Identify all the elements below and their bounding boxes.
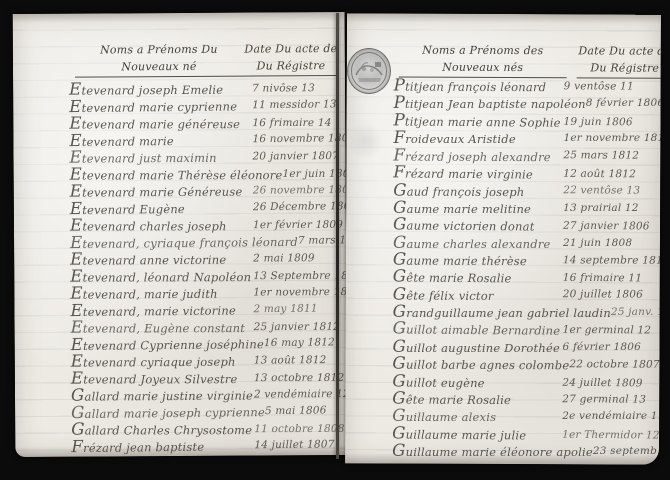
right-page-entries: Ptitjean françois léonard 9 ventôse 11 P… [345,76,661,460]
entry-date: 1er Thermidor 12 [562,428,659,441]
register-row: Gaume charles alexandre 21 juin 1808 [346,234,660,251]
entry-name: Guillot barbe agnes colombe [392,354,569,374]
register-row: Gête félix victor 20 juillet 1806 [346,285,660,304]
entry-date: 25 janvier 1812 [254,320,347,332]
left-dates-header-line2: Du Régistre [243,57,339,77]
entry-date: 1er novembre 1811 [563,132,660,144]
page-fold-gutter [336,13,339,459]
right-page-header: Noms a Prénoms des Nouveaux nés Date Du … [347,13,661,78]
entry-date: 12 août 1812 [563,167,660,180]
entry-date: 26 Décembre 1807 [253,200,346,213]
entry-date: 27 germinal 13 [562,393,659,405]
register-row: Guillaume marie éléonore apolie 23 septe… [345,442,659,459]
register-page-left: Noms a Prénoms Du Nouveaux né Date Du ac… [13,12,348,457]
right-names-header-line1: Noms a Prénoms des [399,42,567,60]
entry-date: 16 frimaire 11 [563,272,660,285]
register-row: Guillot barbe agnes colombe 22 octobre 1… [345,355,659,374]
entry-date: 21 juin 1808 [563,236,660,248]
left-dates-header-line1: Date Du acte de [243,40,339,58]
entry-date: 13 août 1812 [254,353,347,366]
entry-name: Gaume victorien donat [393,215,563,235]
entry-date: 20 juillet 1806 [563,289,660,301]
entry-date: 16 novembre 1806 [252,132,345,145]
register-page-right: Noms a Prénoms des Nouveaux nés Date Du … [345,13,661,464]
entry-date: 11 messidor 13 [252,98,345,111]
entry-date: 26 novembre 1807 [253,183,346,196]
entry-date: 13 Septembre 1810 [253,269,346,281]
entry-date: 24 juillet 1809 [562,376,659,389]
register-row: Etevenard just maximin 20 janvier 1807 [13,147,345,166]
entry-date: 22 ventôse 13 [563,184,660,196]
entry-date: 16 frimaire 14 [252,116,345,128]
entry-date: 8 février 1806 [586,97,661,109]
left-names-header-line1: Noms a Prénoms Du [75,41,243,59]
entry-date: 5 mai 1806 [265,404,348,417]
register-row: Frézard jean baptiste 14 juillet 1807 [15,435,347,455]
entry-date: 11 octobre 1808 [254,422,347,434]
left-names-header-line2: Nouveaux né [75,58,243,78]
entry-date: 16 may 1812 [264,336,348,349]
entry-date: 25 mars 1812 [563,150,660,162]
right-dates-header-line1: Date Du acte de [577,42,661,59]
entry-name: Gête félix victor [393,284,563,304]
register-row: Froidevaux Aristide 1er novembre 1811 [346,129,660,146]
entry-date: 6 février 1806 [563,341,660,353]
official-stamp-icon [347,48,391,94]
scanned-register-spread: Noms a Prénoms Du Nouveaux né Date Du ac… [0,0,670,480]
entry-date: 2e vendémiaire 11 [562,410,659,422]
register-row: Gaume marie melitine 13 prairial 12 [346,199,660,216]
entry-name: Frézard jean baptiste [71,435,254,456]
entry-name: Guillaume alexis [392,407,562,426]
entry-date: 22 octobre 1807 [569,358,661,370]
entry-date: 1er novembre 1810 [253,285,346,298]
entry-date: 20 janvier 1807 [252,149,345,162]
entry-date: 2 vendémiaire 12 [254,387,347,400]
left-page-header: Noms a Prénoms Du Nouveaux né Date Du ac… [13,12,345,78]
entry-date: 13 octobre 1812 [254,371,347,383]
entry-date: 7 mars 1809 [298,233,348,246]
right-dates-header-line2: Du Régistre [577,59,661,78]
register-row: Etevenard cyriaque joseph 13 août 1812 [15,351,347,370]
entry-date: 14 juillet 1807 [254,438,347,451]
entry-name: Ptitjean Jean baptiste napoléon [394,94,586,113]
entry-date: 1er germinal 12 [563,324,660,337]
ink-bleed-mark [348,120,382,162]
entry-date: 23 septemb. 1806 [593,445,661,457]
entry-date: 7 nivôse 13 [252,81,345,94]
register-row: Gaume victorien donat 27 janvier 1806 [346,215,660,235]
register-row: Gaud françois joseph 22 ventôse 13 [346,181,660,200]
entry-date: 13 prairial 12 [563,201,660,213]
entry-date: 1er février 1809 [253,218,346,230]
entry-date: 14 septembre 1810 [563,254,660,266]
register-row: Etevenard anne victorine 2 mai 1809 [14,249,346,268]
left-page-entries: Etevenard joseph Emelie 7 nivôse 13 Etev… [13,79,347,455]
entry-date: 25 janv. 1807 [611,306,661,318]
entry-name: Guillaume marie éléonore apolie [392,441,593,460]
register-row: Ptitjean Jean baptiste napoléon 8 févrie… [347,94,661,111]
register-row: Guillaume alexis 2e vendémiaire 11 [345,407,659,424]
entry-name: Gaud françois joseph [393,180,563,200]
entry-date: 9 ventôse 11 [564,80,661,92]
entry-date: 27 janvier 1806 [563,220,660,233]
entry-date: 2 may 1811 [253,302,346,315]
register-row: Guillot augustine Dorothée 6 février 180… [346,338,660,355]
entry-date: 2 mai 1809 [253,251,346,264]
entry-date: 19 juin 1806 [563,115,660,128]
